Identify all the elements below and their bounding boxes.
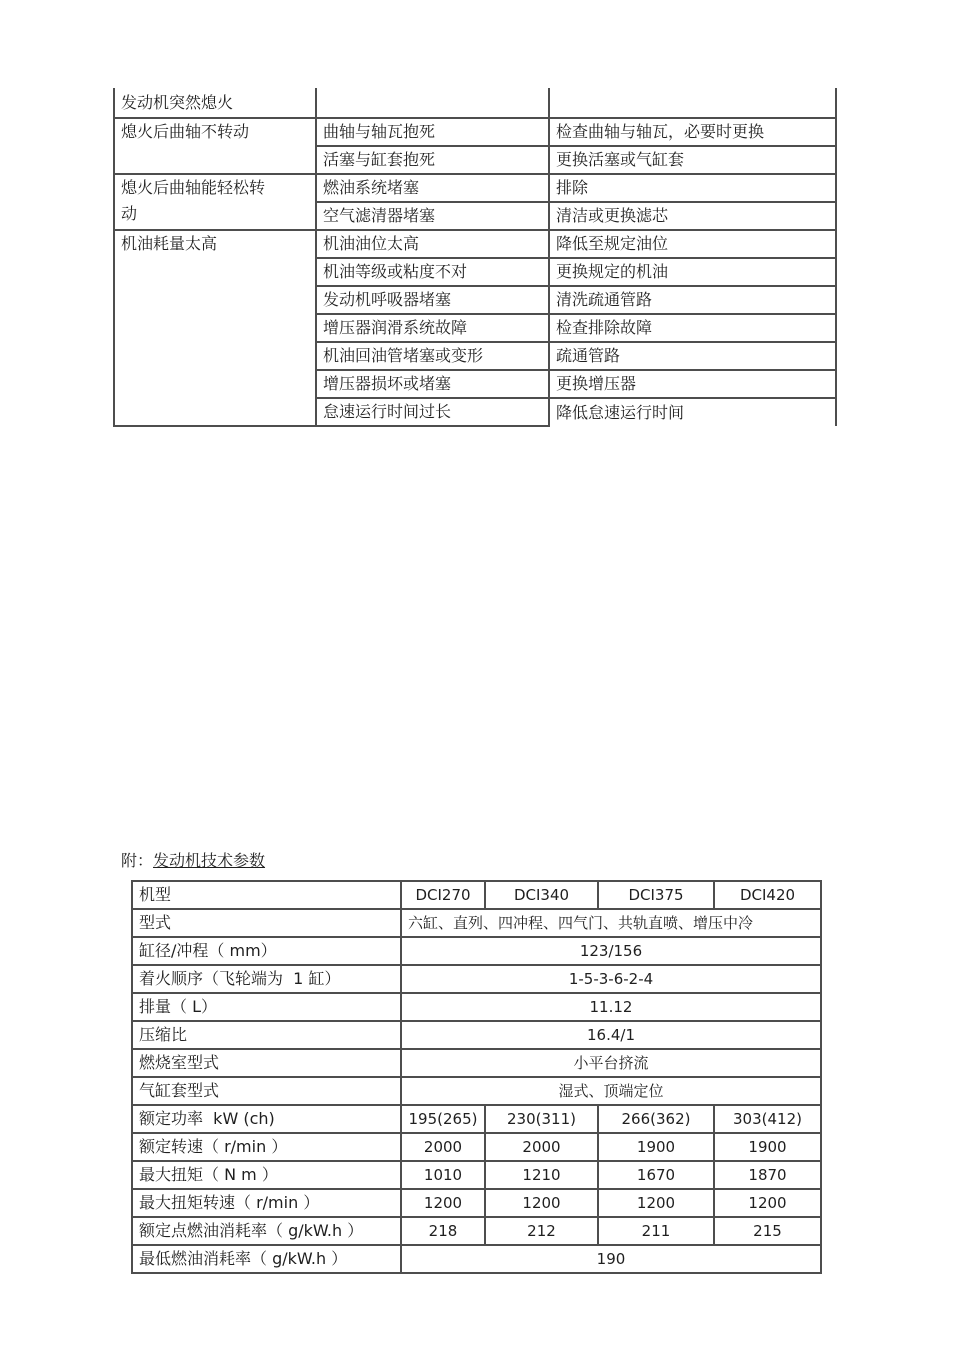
spec-label-cell: 额定功率 kW (ch)	[132, 1105, 401, 1133]
spec-label-cell: 缸径/冲程（ mm）	[132, 937, 401, 965]
spec-value-cell: 六缸、直列、四冲程、四气门、共轨直喷、增压中冷	[401, 909, 821, 937]
spec-value-cell: 1900	[714, 1133, 821, 1161]
table-row: 熄火后曲轴不转动 曲轴与轴瓦抱死 检查曲轴与轴瓦，必要时更换	[114, 118, 836, 146]
cause-cell: 怠速运行时间过长	[316, 398, 549, 426]
table-row: 缸径/冲程（ mm） 123/156	[132, 937, 821, 965]
spec-label-cell: 最低燃油消耗率（ g/kW.h ）	[132, 1245, 401, 1273]
cause-cell: 机油回油管堵塞或变形	[316, 342, 549, 370]
table-row: 额定功率 kW (ch) 195(265) 230(311) 266(362) …	[132, 1105, 821, 1133]
spec-value-cell: 266(362)	[598, 1105, 714, 1133]
troubleshooting-table: 发动机突然熄火 熄火后曲轴不转动 曲轴与轴瓦抱死 检查曲轴与轴瓦，必要时更换 活…	[113, 88, 837, 427]
table-row: 燃烧室型式 小平台挤流	[132, 1049, 821, 1077]
model-header-cell: DCI270	[401, 881, 485, 909]
fault-cell: 机油耗量太高	[114, 230, 316, 426]
table-row: 最低燃油消耗率（ g/kW.h ） 190	[132, 1245, 821, 1273]
spec-label-cell: 最大扭矩转速（ r/min ）	[132, 1189, 401, 1217]
cause-cell: 空气滤清器堵塞	[316, 202, 549, 230]
spec-value-cell: 218	[401, 1217, 485, 1245]
table-row: 型式 六缸、直列、四冲程、四气门、共轨直喷、增压中冷	[132, 909, 821, 937]
remedy-cell: 更换活塞或气缸套	[549, 146, 836, 174]
cause-cell: 机油等级或粘度不对	[316, 258, 549, 286]
cause-cell: 曲轴与轴瓦抱死	[316, 118, 549, 146]
spec-value-cell: 1200	[401, 1189, 485, 1217]
spec-label-cell: 最大扭矩（ N m ）	[132, 1161, 401, 1189]
remedy-cell: 清洗疏通管路	[549, 286, 836, 314]
spec-value-cell: 1900	[598, 1133, 714, 1161]
spec-value-cell: 1210	[485, 1161, 598, 1189]
table-row: 气缸套型式 湿式、顶端定位	[132, 1077, 821, 1105]
cause-cell: 活塞与缸套抱死	[316, 146, 549, 174]
spec-value-cell: 195(265)	[401, 1105, 485, 1133]
fault-cell: 发动机突然熄火	[114, 88, 316, 118]
spec-label-cell: 燃烧室型式	[132, 1049, 401, 1077]
table-row: 排量（ L） 11.12	[132, 993, 821, 1021]
remedy-cell: 检查排除故障	[549, 314, 836, 342]
spec-value-cell: 212	[485, 1217, 598, 1245]
cause-cell: 增压器损坏或堵塞	[316, 370, 549, 398]
remedy-cell: 降低怠速运行时间	[549, 398, 836, 426]
spec-label-cell: 排量（ L）	[132, 993, 401, 1021]
spec-value-cell: 16.4/1	[401, 1021, 821, 1049]
remedy-cell	[549, 88, 836, 118]
spec-label-cell: 额定点燃油消耗率（ g/kW.h ）	[132, 1217, 401, 1245]
cause-cell: 机油油位太高	[316, 230, 549, 258]
table-row: 额定点燃油消耗率（ g/kW.h ） 218 212 211 215	[132, 1217, 821, 1245]
table-row: 发动机突然熄火	[114, 88, 836, 118]
spec-label-cell: 额定转速（ r/min ）	[132, 1133, 401, 1161]
model-header-cell: DCI375	[598, 881, 714, 909]
spec-value-cell: 215	[714, 1217, 821, 1245]
remedy-cell: 更换增压器	[549, 370, 836, 398]
model-header-cell: DCI340	[485, 881, 598, 909]
spec-value-cell: 1010	[401, 1161, 485, 1189]
appendix-title-prefix: 附：	[121, 851, 153, 870]
fault-cell: 熄火后曲轴能轻松转动	[114, 174, 316, 230]
spec-value-cell: 1200	[598, 1189, 714, 1217]
model-header-cell: DCI420	[714, 881, 821, 909]
spec-value-cell: 2000	[485, 1133, 598, 1161]
table-row: 最大扭矩转速（ r/min ） 1200 1200 1200 1200	[132, 1189, 821, 1217]
cause-cell	[316, 88, 549, 118]
appendix-title-text: 发动机技术参数	[153, 851, 265, 870]
table-row: 额定转速（ r/min ） 2000 2000 1900 1900	[132, 1133, 821, 1161]
fault-cell: 熄火后曲轴不转动	[114, 118, 316, 174]
spec-value-cell: 123/156	[401, 937, 821, 965]
spec-label-cell: 机型	[132, 881, 401, 909]
table-row: 熄火后曲轴能轻松转动 燃油系统堵塞 排除	[114, 174, 836, 202]
remedy-cell: 检查曲轴与轴瓦，必要时更换	[549, 118, 836, 146]
cause-cell: 发动机呼吸器堵塞	[316, 286, 549, 314]
spec-label-cell: 型式	[132, 909, 401, 937]
spec-value-cell: 190	[401, 1245, 821, 1273]
table-row: 最大扭矩（ N m ） 1010 1210 1670 1870	[132, 1161, 821, 1189]
spec-value-cell: 1670	[598, 1161, 714, 1189]
spec-value-cell: 303(412)	[714, 1105, 821, 1133]
remedy-cell: 更换规定的机油	[549, 258, 836, 286]
remedy-cell: 清洁或更换滤芯	[549, 202, 836, 230]
cause-cell: 增压器润滑系统故障	[316, 314, 549, 342]
table-row: 机型 DCI270 DCI340 DCI375 DCI420	[132, 881, 821, 909]
spec-value-cell: 2000	[401, 1133, 485, 1161]
engine-spec-table: 机型 DCI270 DCI340 DCI375 DCI420 型式 六缸、直列、…	[131, 880, 822, 1274]
table-row: 压缩比 16.4/1	[132, 1021, 821, 1049]
cause-cell: 燃油系统堵塞	[316, 174, 549, 202]
spec-value-cell: 1-5-3-6-2-4	[401, 965, 821, 993]
remedy-cell: 降低至规定油位	[549, 230, 836, 258]
spec-value-cell: 211	[598, 1217, 714, 1245]
spec-value-cell: 湿式、顶端定位	[401, 1077, 821, 1105]
spec-label-cell: 气缸套型式	[132, 1077, 401, 1105]
spec-label-cell: 压缩比	[132, 1021, 401, 1049]
spec-value-cell: 230(311)	[485, 1105, 598, 1133]
spec-value-cell: 11.12	[401, 993, 821, 1021]
spec-label-cell: 着火顺序（飞轮端为 1 缸）	[132, 965, 401, 993]
spec-value-cell: 1200	[714, 1189, 821, 1217]
remedy-cell: 排除	[549, 174, 836, 202]
appendix-title: 附：发动机技术参数	[121, 851, 265, 871]
remedy-cell: 疏通管路	[549, 342, 836, 370]
spec-value-cell: 1870	[714, 1161, 821, 1189]
table-row: 机油耗量太高 机油油位太高 降低至规定油位	[114, 230, 836, 258]
spec-value-cell: 1200	[485, 1189, 598, 1217]
spec-value-cell: 小平台挤流	[401, 1049, 821, 1077]
table-row: 着火顺序（飞轮端为 1 缸） 1-5-3-6-2-4	[132, 965, 821, 993]
